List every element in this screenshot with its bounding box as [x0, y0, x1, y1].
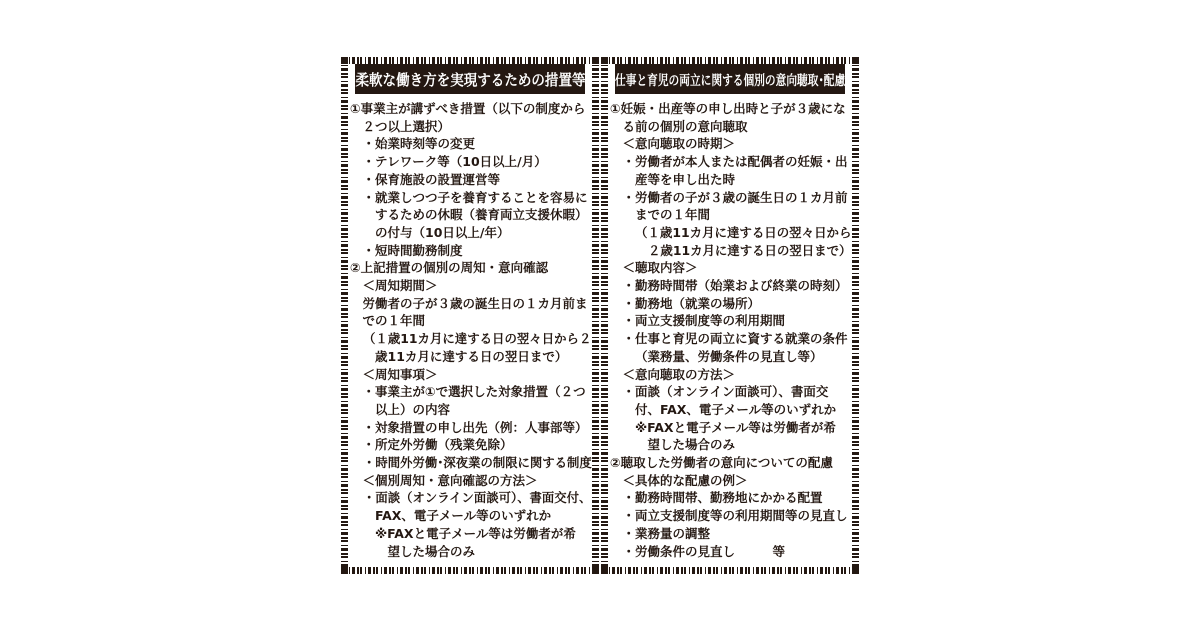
- text-line: ・両立支援制度等の利用期間: [610, 312, 851, 330]
- text-line: 労働者の子が３歳の誕生日の１カ月前ま: [350, 295, 591, 313]
- barcode-border-right: [592, 57, 599, 574]
- text-line: ②聴取した労働者の意向についての配慮: [610, 454, 851, 472]
- text-line: ②上記措置の個別の周知・意向確認: [350, 259, 591, 277]
- text-line: ＜周知事項＞: [350, 366, 591, 384]
- text-line: る前の個別の意向聴取: [610, 118, 851, 136]
- barcode-border-left: [341, 57, 348, 574]
- text-line: ・対象措置の申し出先（例：人事部等）: [350, 419, 591, 437]
- text-line: ・勤務地（就業の場所）: [610, 295, 851, 313]
- text-line: ＜個別周知・意向確認の方法＞: [350, 472, 591, 490]
- text-line: 望した場合のみ: [610, 436, 851, 454]
- panel-flexible-work-measures: 柔軟な働き方を実現するための措置等 ①事業主が講ずべき措置（以下の制度から２つ以…: [341, 57, 599, 574]
- border-corner: [601, 567, 608, 574]
- text-line: ・労働者の子が３歳の誕生日の１カ月前: [610, 189, 851, 207]
- text-line: ※FAXと電子メール等は労働者が希: [350, 525, 591, 543]
- barcode-border-top: [601, 57, 859, 64]
- text-line: ・面談（オンライン面談可）、書面交付、: [350, 489, 591, 507]
- text-line: ・所定外労働（残業免除）: [350, 436, 591, 454]
- text-line: ・事業主が①で選択した対象措置（２つ: [350, 383, 591, 401]
- text-line: ＜周知期間＞: [350, 277, 591, 295]
- text-line: ・労働条件の見直し 等: [610, 543, 851, 561]
- text-line: （業務量、労働条件の見直し等）: [610, 348, 851, 366]
- text-line: ２つ以上選択）: [350, 118, 591, 136]
- text-line: ・業務量の調整: [610, 525, 851, 543]
- text-line: ・仕事と育児の両立に資する就業の条件: [610, 330, 851, 348]
- text-line: 以上）の内容: [350, 401, 591, 419]
- panel-body: ①事業主が講ずべき措置（以下の制度から２つ以上選択）・始業時刻等の変更・テレワー…: [341, 98, 599, 560]
- text-line: での１年間: [350, 312, 591, 330]
- panel-title-bar: 柔軟な働き方を実現するための措置等: [355, 64, 585, 94]
- text-line: ①妊娠・出産等の申し出時と子が３歳にな: [610, 100, 851, 118]
- text-line: 望した場合のみ: [350, 543, 591, 561]
- text-line: 産等を申し出た時: [610, 171, 851, 189]
- border-corner: [852, 57, 859, 64]
- text-line: ・面談（オンライン面談可）、書面交: [610, 383, 851, 401]
- text-line: FAX、電子メール等のいずれか: [350, 507, 591, 525]
- text-line: ※FAXと電子メール等は労働者が希: [610, 419, 851, 437]
- text-line: の付与（10日以上/年）: [350, 224, 591, 242]
- barcode-border-top: [341, 57, 599, 64]
- border-corner: [601, 57, 608, 64]
- text-line: ＜具体的な配慮の例＞: [610, 472, 851, 490]
- text-line: ・勤務時間帯、勤務地にかかる配置: [610, 489, 851, 507]
- panel-title: 柔軟な働き方を実現するための措置等: [355, 69, 585, 90]
- text-line: ①事業主が講ずべき措置（以下の制度から: [350, 100, 591, 118]
- text-line: ・保育施設の設置運営等: [350, 171, 591, 189]
- text-line: ・就業しつつ子を養育することを容易に: [350, 189, 591, 207]
- text-line: ・労働者が本人または配偶者の妊娠・出: [610, 153, 851, 171]
- text-line: ・時間外労働･深夜業の制限に関する制度: [350, 454, 591, 472]
- text-line: までの１年間: [610, 206, 851, 224]
- text-line: するための休暇（養育両立支援休暇）: [350, 206, 591, 224]
- text-line: ＜聴取内容＞: [610, 259, 851, 277]
- border-corner: [341, 567, 348, 574]
- infographic-canvas: { "canvas": {"width": 1200, "height": 63…: [0, 0, 1200, 630]
- text-line: ・両立支援制度等の利用期間等の見直し: [610, 507, 851, 525]
- panel-individual-intent-hearing: 仕事と育児の両立に関する個別の意向聴取･配慮 ①妊娠・出産等の申し出時と子が３歳…: [601, 57, 859, 574]
- border-corner: [852, 567, 859, 574]
- barcode-border-bottom: [601, 567, 859, 574]
- text-line: ・テレワーク等（10日以上/月）: [350, 153, 591, 171]
- text-line: ・短時間勤務制度: [350, 242, 591, 260]
- barcode-border-bottom: [341, 567, 599, 574]
- text-line: ２歳11カ月に達する日の翌日まで）: [610, 242, 851, 260]
- text-line: 歳11カ月に達する日の翌日まで）: [350, 348, 591, 366]
- panel-body: ①妊娠・出産等の申し出時と子が３歳になる前の個別の意向聴取＜意向聴取の時期＞・労…: [601, 98, 859, 560]
- text-line: 付、FAX、電子メール等のいずれか: [610, 401, 851, 419]
- border-corner: [341, 57, 348, 64]
- panel-title-bar: 仕事と育児の両立に関する個別の意向聴取･配慮: [615, 64, 845, 94]
- text-line: ＜意向聴取の時期＞: [610, 135, 851, 153]
- text-line: ・勤務時間帯（始業および終業の時刻）: [610, 277, 851, 295]
- barcode-border-left: [601, 57, 608, 574]
- text-line: ＜意向聴取の方法＞: [610, 366, 851, 384]
- text-line: （１歳11カ月に達する日の翌々日から: [610, 224, 851, 242]
- border-corner: [592, 567, 599, 574]
- text-line: （１歳11カ月に達する日の翌々日から２: [350, 330, 591, 348]
- panel-title: 仕事と育児の両立に関する個別の意向聴取･配慮: [615, 69, 845, 89]
- border-corner: [592, 57, 599, 64]
- text-line: ・始業時刻等の変更: [350, 135, 591, 153]
- barcode-border-right: [852, 57, 859, 574]
